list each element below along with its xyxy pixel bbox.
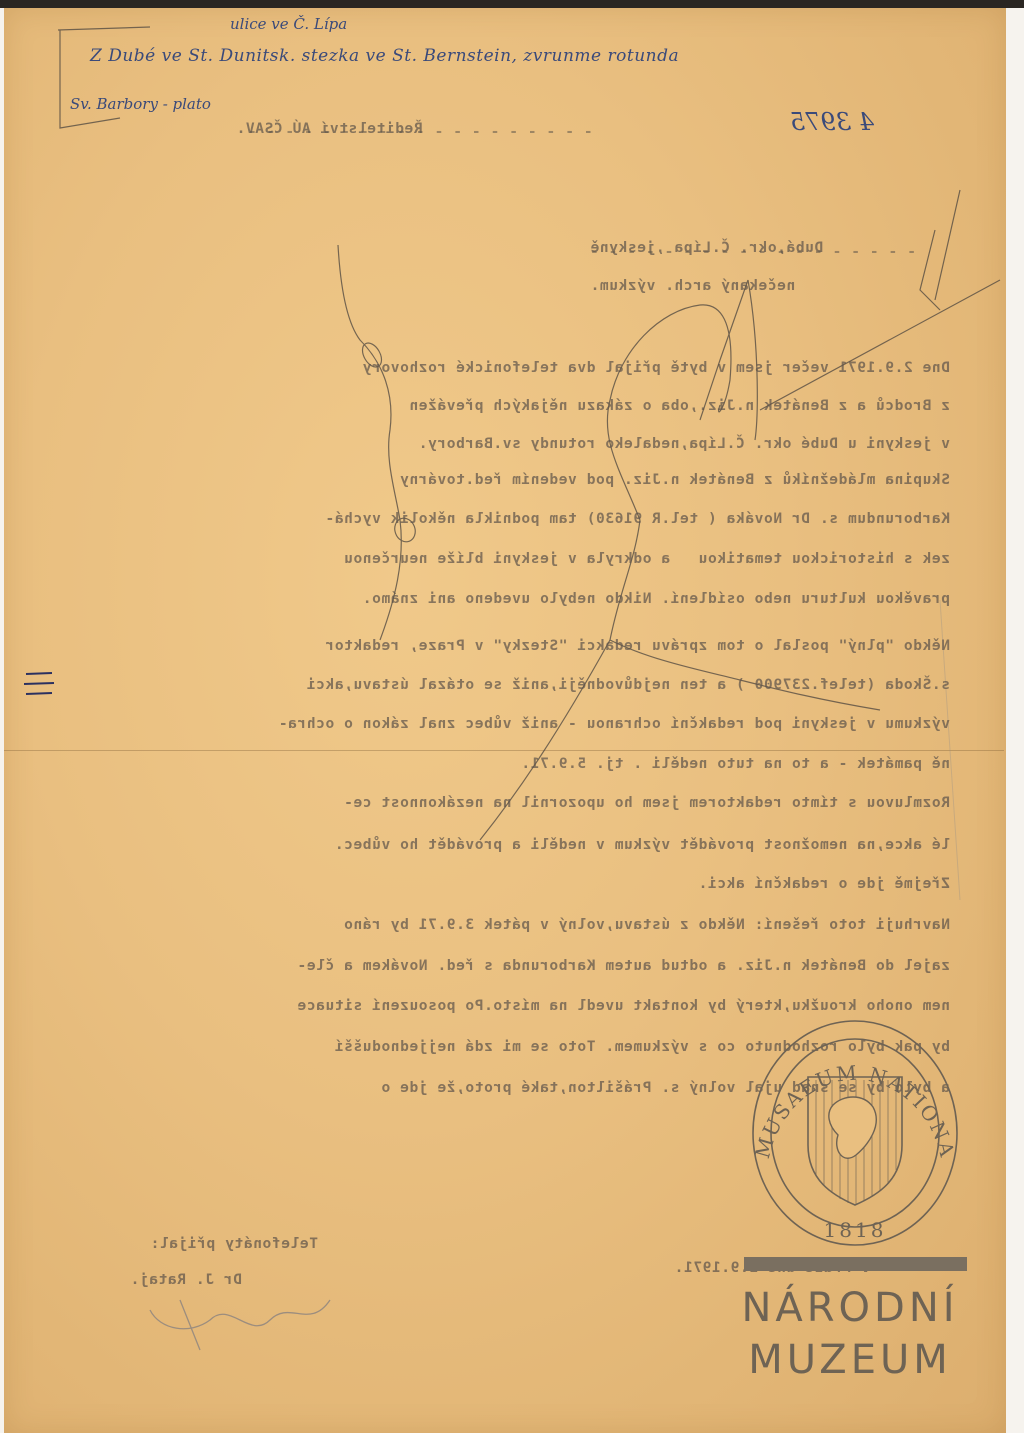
stamp-year: 1818 (824, 1218, 887, 1242)
museum-stamp-icon: MUSAEUM NATIONALE 1818 (748, 1015, 962, 1251)
national-museum-logo: NÁRODNÍ MUZEUM (740, 1282, 960, 1386)
logo-line-2: MUZEUM (740, 1334, 960, 1386)
logo-bar (744, 1257, 967, 1271)
logo-line-1: NÁRODNÍ (740, 1282, 960, 1334)
